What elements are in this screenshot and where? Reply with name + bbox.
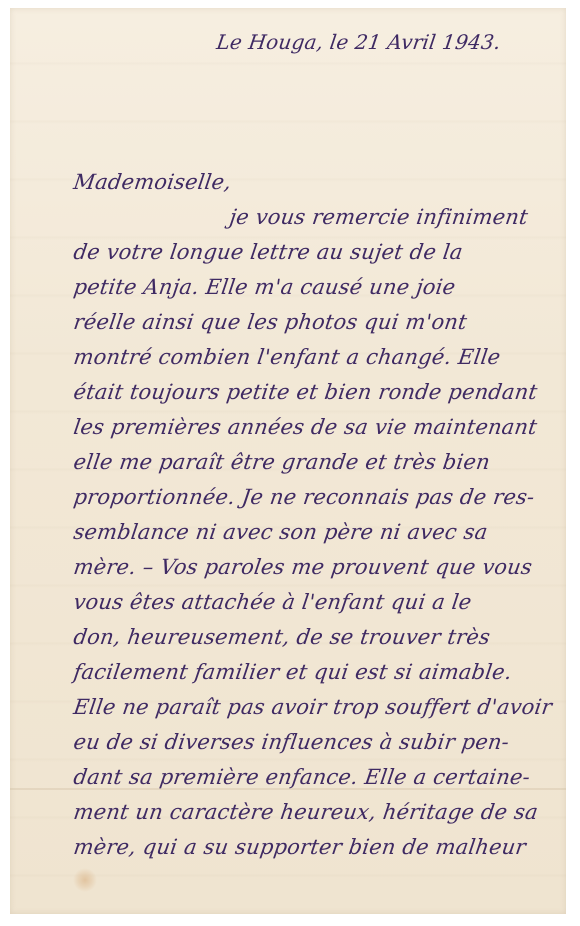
body-line: montré combien l'enfant a changé. Elle <box>72 345 502 369</box>
body-line: dant sa première enfance. Elle a certain… <box>72 765 532 789</box>
body-line: eu de si diverses influences à subir pen… <box>72 730 511 754</box>
body-line: mère. – Vos paroles me prouvent que vous <box>72 555 534 579</box>
body-line: de votre longue lettre au sujet de la <box>72 240 464 264</box>
body-line: mère, qui a su supporter bien de malheur <box>72 835 528 859</box>
body-line: don, heureusement, de se trouver très <box>72 625 492 649</box>
body-line: était toujours petite et bien ronde pend… <box>72 380 539 404</box>
body-line: petite Anja. Elle m'a causé une joie <box>72 275 457 299</box>
body-line: facilement familier et qui est si aimabl… <box>72 660 513 684</box>
letter-content: Le Houga, le 21 Avril 1943. Mademoiselle… <box>10 8 566 914</box>
body-line: ment un caractère heureux, héritage de s… <box>72 800 540 824</box>
dateline: Le Houga, le 21 Avril 1943. <box>215 30 502 54</box>
letter-paper: Le Houga, le 21 Avril 1943. Mademoiselle… <box>10 8 566 914</box>
body-line: semblance ni avec son père ni avec sa <box>72 520 489 544</box>
body-line: réelle ainsi que les photos qui m'ont <box>72 310 469 334</box>
salutation: Mademoiselle, <box>72 170 233 194</box>
body-line: vous êtes attachée à l'enfant qui a le <box>72 590 473 614</box>
body-line: elle me paraît être grande et très bien <box>72 450 492 474</box>
body-line: proportionnée. Je ne reconnais pas de re… <box>72 485 536 509</box>
body-line: les premières années de sa vie maintenan… <box>72 415 539 439</box>
body-line: Elle ne paraît pas avoir trop souffert d… <box>72 695 554 719</box>
body-line: je vous remercie infiniment <box>228 205 530 229</box>
